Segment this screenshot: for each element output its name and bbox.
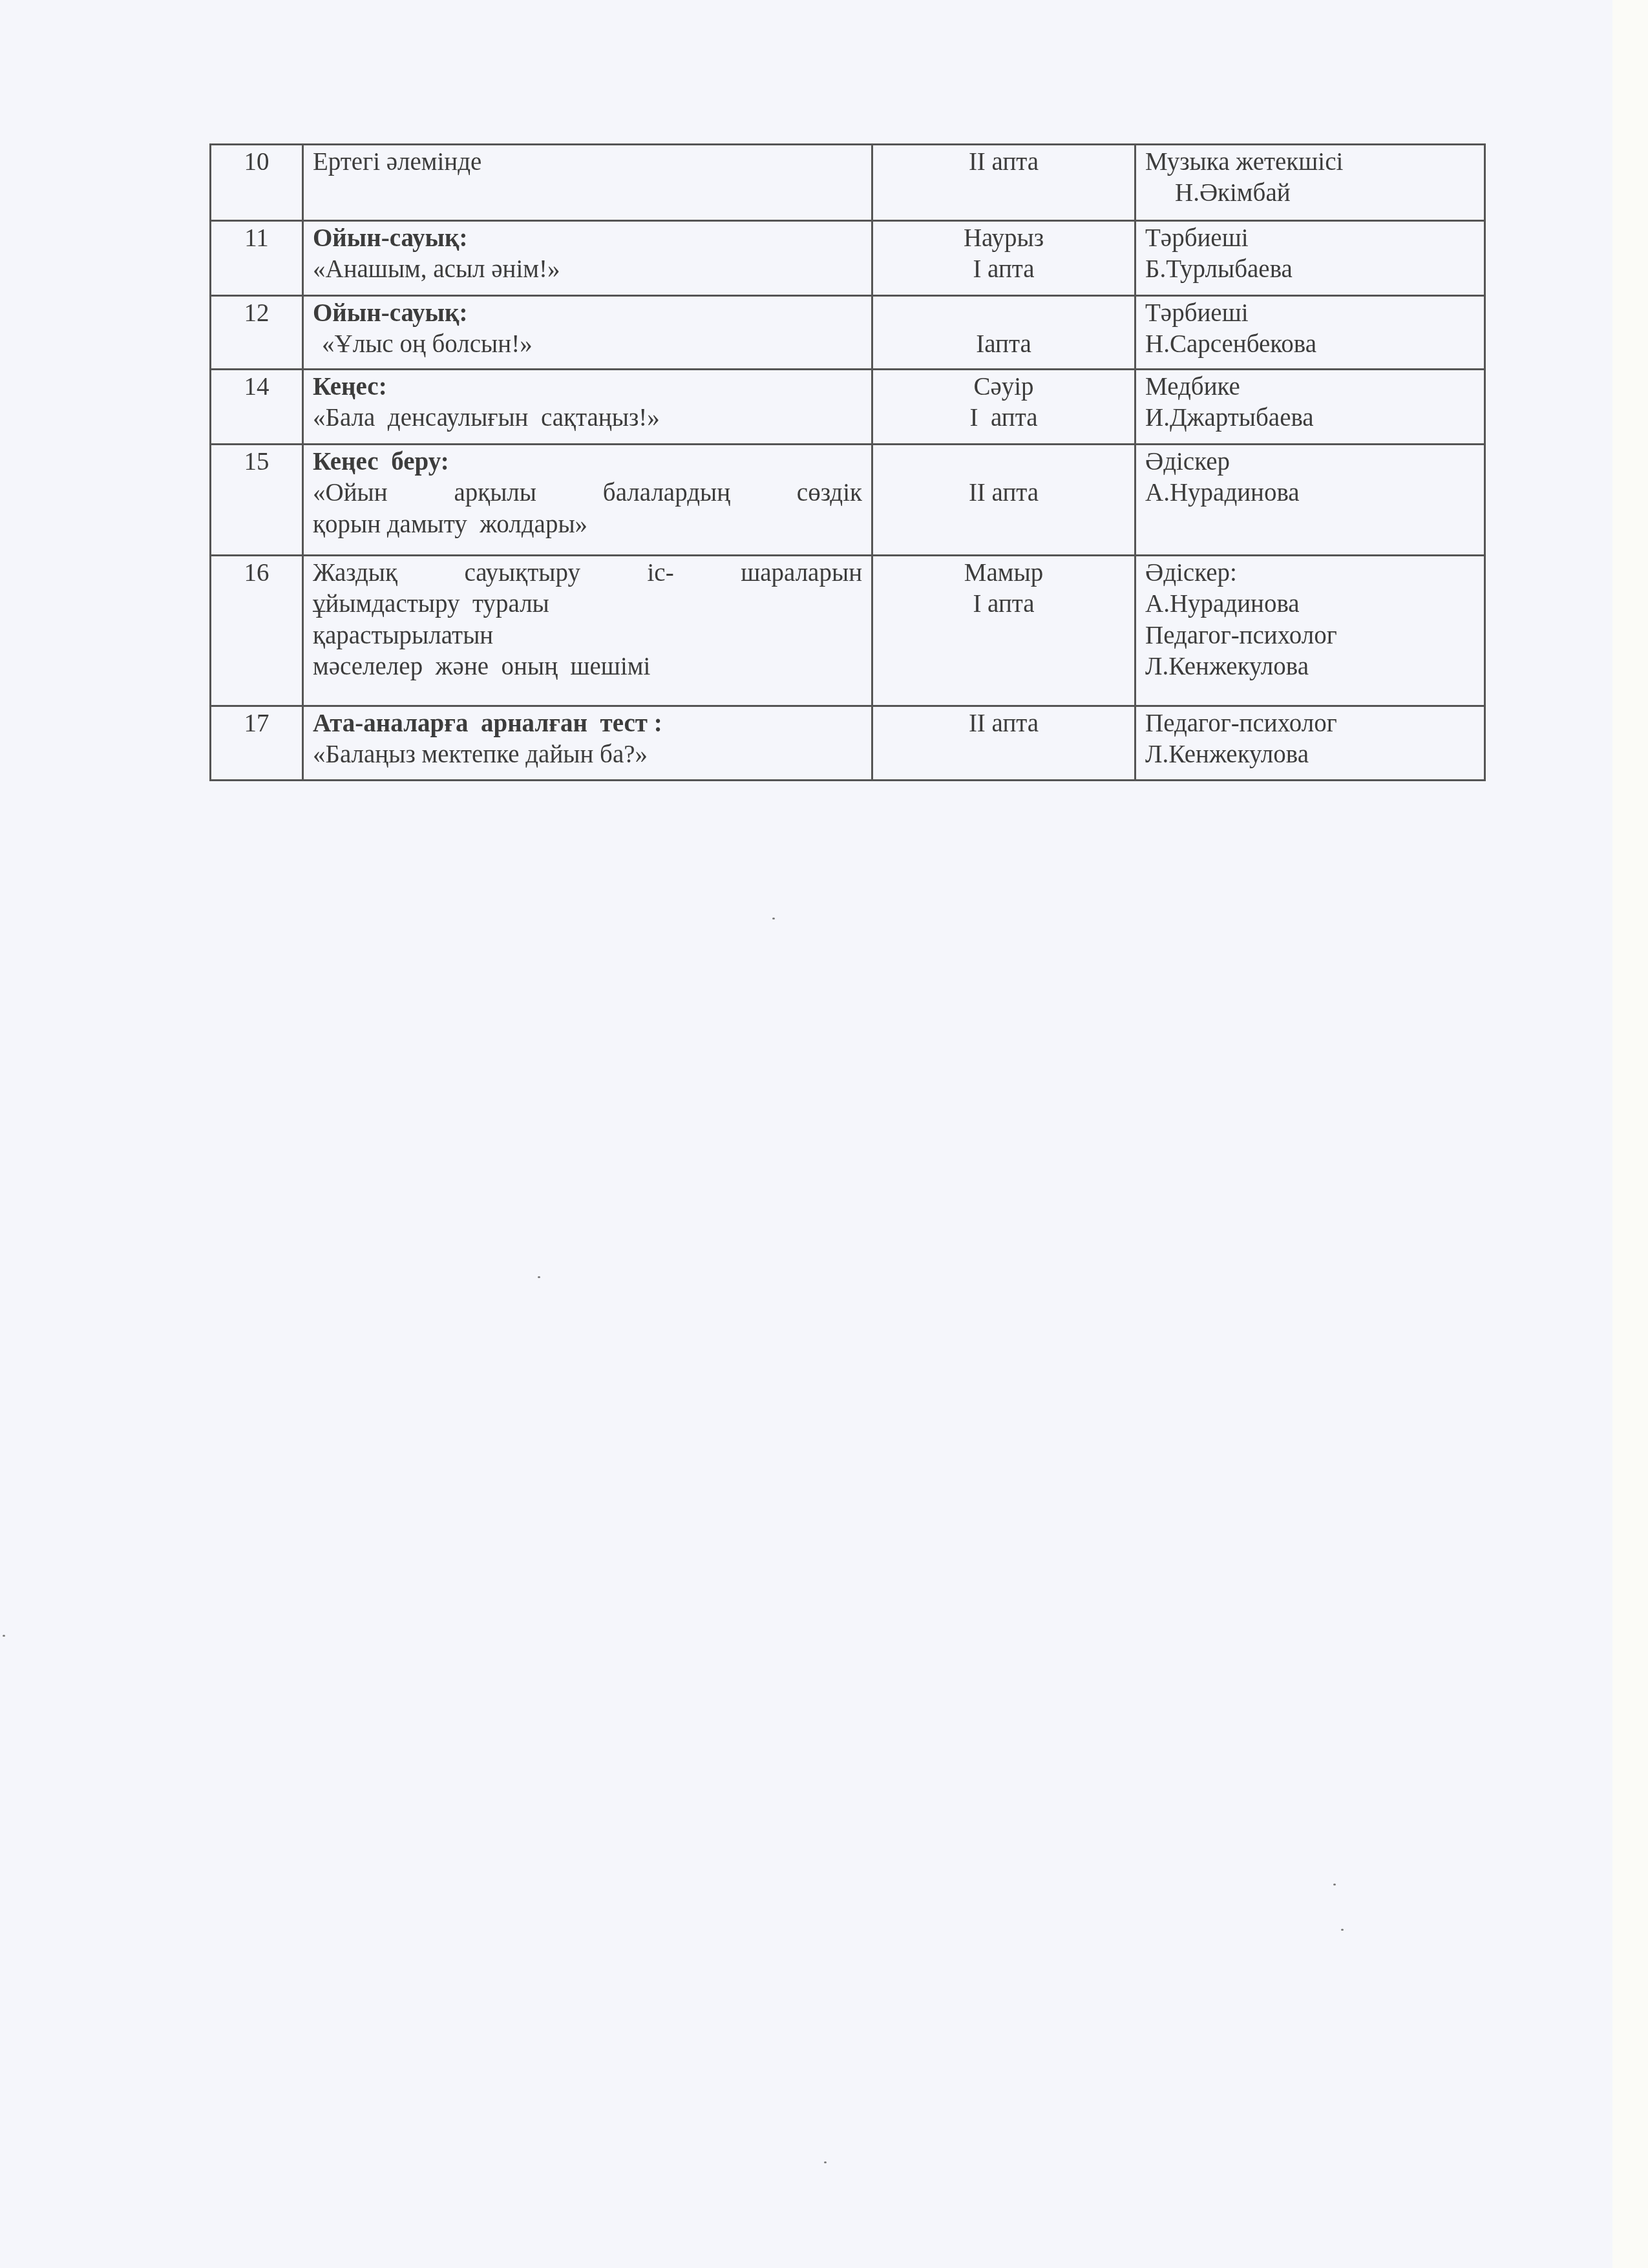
row-number: 11 bbox=[211, 221, 303, 296]
event-cell: Жаздық сауықтыру іс- шараларын ұйымдасты… bbox=[303, 556, 872, 706]
responsible-name: А.Нурадинова bbox=[1145, 478, 1475, 509]
time-cell: II апта bbox=[872, 706, 1136, 781]
responsible-cell: Медбике И.Джартыбаева bbox=[1136, 370, 1485, 445]
event-text: «Балаңыз мектепке дайын ба?» bbox=[313, 739, 862, 770]
responsible-role: Тәрбиеші bbox=[1145, 223, 1475, 254]
time-cell: Іапта bbox=[872, 296, 1136, 370]
event-cell: Ата-аналарға арналған тест : «Балаңыз ме… bbox=[303, 706, 872, 781]
time-month: Наурыз bbox=[882, 223, 1125, 254]
responsible-name-2: Л.Кенжекулова bbox=[1145, 651, 1475, 682]
scan-speck bbox=[538, 1276, 540, 1278]
responsible-name: Б.Турлыбаева bbox=[1145, 254, 1475, 285]
table-row: 12 Ойын-сауық: «Ұлыс оң болсын!» Іапта Т… bbox=[211, 296, 1485, 370]
responsible-cell: Әдіскер А.Нурадинова bbox=[1136, 445, 1485, 556]
event-title: Ата-аналарға арналған тест : bbox=[313, 708, 862, 739]
event-cell: Ойын-сауық: «Анашым, асыл әнім!» bbox=[303, 221, 872, 296]
responsible-name: Н.Әкімбай bbox=[1145, 178, 1475, 209]
responsible-name: Л.Кенжекулова bbox=[1145, 739, 1475, 770]
responsible-role: Әдіскер bbox=[1145, 446, 1475, 478]
event-text-line-4: мәселелер және оның шешімі bbox=[313, 651, 862, 682]
scan-speck bbox=[1341, 1929, 1344, 1931]
event-title: Кеңес: bbox=[313, 372, 862, 403]
event-cell: Ойын-сауық: «Ұлыс оң болсын!» bbox=[303, 296, 872, 370]
table-row: 17 Ата-аналарға арналған тест : «Балаңыз… bbox=[211, 706, 1485, 781]
responsible-name: Н.Сарсенбекова bbox=[1145, 329, 1475, 360]
scan-speck bbox=[772, 918, 775, 919]
responsible-role: Тәрбиеші bbox=[1145, 298, 1475, 329]
time-week: I апта bbox=[882, 403, 1125, 434]
time-week: II апта bbox=[882, 478, 1125, 509]
responsible-role: Музыка жетекшісі bbox=[1145, 147, 1475, 178]
responsible-cell: Педагог-психолог Л.Кенжекулова bbox=[1136, 706, 1485, 781]
time-week: II апта bbox=[882, 708, 1125, 739]
table-row: 15 Кеңес беру: «Ойын арқылы балалардың с… bbox=[211, 445, 1485, 556]
event-title: Кеңес беру: bbox=[313, 446, 862, 478]
time-month: Сәуір bbox=[882, 372, 1125, 403]
time-week: I апта bbox=[882, 589, 1125, 620]
event-text-line-3: қарастырылатын bbox=[313, 620, 862, 651]
time-spacer bbox=[882, 298, 1125, 329]
scan-speck bbox=[3, 1635, 5, 1637]
row-number: 10 bbox=[211, 145, 303, 221]
responsible-role: Әдіскер: bbox=[1145, 558, 1475, 589]
time-week: I апта bbox=[882, 254, 1125, 285]
time-week: Іапта bbox=[882, 329, 1125, 360]
scan-page-edge bbox=[1612, 0, 1648, 2268]
events-schedule-table: 10 Ертегі әлемінде II апта Музыка жетекш… bbox=[209, 143, 1486, 781]
table-row: 11 Ойын-сауық: «Анашым, асыл әнім!» Наур… bbox=[211, 221, 1485, 296]
responsible-cell: Музыка жетекшісі Н.Әкімбай bbox=[1136, 145, 1485, 221]
responsible-cell: Тәрбиеші Н.Сарсенбекова bbox=[1136, 296, 1485, 370]
event-text: Ертегі әлемінде bbox=[313, 147, 862, 178]
event-text-line-2: ұйымдастыру туралы bbox=[313, 589, 862, 620]
event-title: Ойын-сауық: bbox=[313, 298, 862, 329]
responsible-cell: Әдіскер: А.Нурадинова Педагог-психолог Л… bbox=[1136, 556, 1485, 706]
event-cell: Кеңес: «Бала денсаулығын сақтаңыз!» bbox=[303, 370, 872, 445]
time-cell: Мамыр I апта bbox=[872, 556, 1136, 706]
time-cell: II апта bbox=[872, 445, 1136, 556]
event-text-line-1: «Ойын арқылы балалардың сөздік bbox=[313, 478, 862, 509]
event-text-line-1: Жаздық сауықтыру іс- шараларын bbox=[313, 558, 862, 589]
scan-speck bbox=[1333, 1884, 1336, 1885]
row-number: 14 bbox=[211, 370, 303, 445]
table-row: 10 Ертегі әлемінде II апта Музыка жетекш… bbox=[211, 145, 1485, 221]
table-row: 16 Жаздық сауықтыру іс- шараларын ұйымда… bbox=[211, 556, 1485, 706]
row-number: 17 bbox=[211, 706, 303, 781]
responsible-name: А.Нурадинова bbox=[1145, 589, 1475, 620]
event-text-line-2: қорын дамыту жолдары» bbox=[313, 509, 862, 540]
responsible-cell: Тәрбиеші Б.Турлыбаева bbox=[1136, 221, 1485, 296]
time-cell: Наурыз I апта bbox=[872, 221, 1136, 296]
row-number: 16 bbox=[211, 556, 303, 706]
event-title: Ойын-сауық: bbox=[313, 223, 862, 254]
responsible-role: Педагог-психолог bbox=[1145, 708, 1475, 739]
event-text: «Ұлыс оң болсын!» bbox=[313, 329, 862, 360]
event-text: «Анашым, асыл әнім!» bbox=[313, 254, 862, 285]
table-row: 14 Кеңес: «Бала денсаулығын сақтаңыз!» С… bbox=[211, 370, 1485, 445]
time-text: II апта bbox=[882, 147, 1125, 178]
time-cell: II апта bbox=[872, 145, 1136, 221]
time-cell: Сәуір I апта bbox=[872, 370, 1136, 445]
responsible-role-2: Педагог-психолог bbox=[1145, 620, 1475, 651]
time-spacer bbox=[882, 446, 1125, 478]
row-number: 12 bbox=[211, 296, 303, 370]
responsible-role: Медбике bbox=[1145, 372, 1475, 403]
row-number: 15 bbox=[211, 445, 303, 556]
event-cell: Кеңес беру: «Ойын арқылы балалардың сөзд… bbox=[303, 445, 872, 556]
scan-speck bbox=[824, 2161, 827, 2163]
time-month: Мамыр bbox=[882, 558, 1125, 589]
responsible-name: И.Джартыбаева bbox=[1145, 403, 1475, 434]
event-cell: Ертегі әлемінде bbox=[303, 145, 872, 221]
event-text: «Бала денсаулығын сақтаңыз!» bbox=[313, 403, 862, 434]
